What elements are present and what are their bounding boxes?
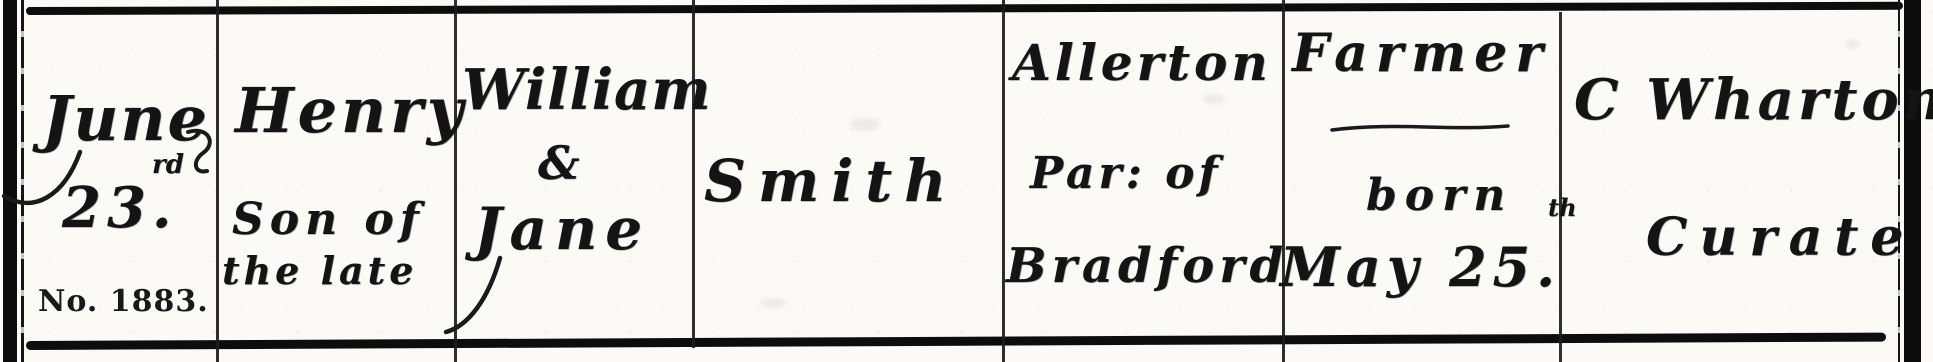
left-inner-rule	[21, 0, 24, 362]
register-scan: June 23. rd No. 1883. Henry Son of the l…	[0, 0, 1933, 362]
born-label-text: born	[1366, 174, 1513, 218]
farmer-underline-flourish	[1332, 126, 1508, 130]
abode-line1-text: Allerton	[1012, 38, 1272, 88]
column-divider-profession	[1559, 12, 1562, 362]
column-divider-child-name	[454, 0, 457, 362]
handwriting-flourishes	[0, 0, 1933, 362]
abode-line3-text: Bradford	[1006, 242, 1288, 290]
column-divider-date	[216, 0, 219, 362]
father-name-text: William	[462, 62, 712, 118]
left-page-border-bar	[3, 0, 17, 362]
column-divider-parents	[692, 0, 695, 348]
baptism-day-text: 23.	[62, 180, 177, 236]
profession-text: Farmer	[1292, 28, 1551, 80]
paper-stain	[1203, 94, 1225, 104]
paper-stain	[850, 118, 880, 131]
birth-date-text: May 25.	[1280, 240, 1561, 294]
bottom-row-rule	[26, 333, 1886, 350]
child-relation-line1-text: Son of	[232, 198, 425, 242]
parents-ampersand-text: &	[538, 140, 580, 186]
abode-line2-text: Par: of	[1030, 152, 1221, 196]
child-name-text: Henry	[235, 80, 467, 142]
right-inner-rule	[1898, 0, 1900, 362]
minister-title-text: Curate	[1646, 212, 1915, 264]
column-divider-abode	[1282, 0, 1285, 362]
child-relation-line2-text: the late	[222, 252, 417, 290]
minister-signature-text: C Wharton	[1574, 72, 1933, 128]
column-divider-surname	[1002, 0, 1005, 362]
mother-name-text: Jane	[474, 200, 650, 258]
surname-text: Smith	[704, 152, 958, 210]
baptism-month-text: June	[42, 88, 209, 150]
paper-stain	[760, 298, 786, 308]
paper-stain	[1845, 40, 1860, 49]
baptism-day-ordinal-text: rd	[152, 152, 184, 178]
birth-date-ordinal-text: th	[1548, 196, 1577, 220]
right-page-border-bar	[1904, 0, 1921, 362]
entry-number-label: No. 1883.	[38, 287, 209, 317]
top-row-rule	[26, 2, 1903, 15]
